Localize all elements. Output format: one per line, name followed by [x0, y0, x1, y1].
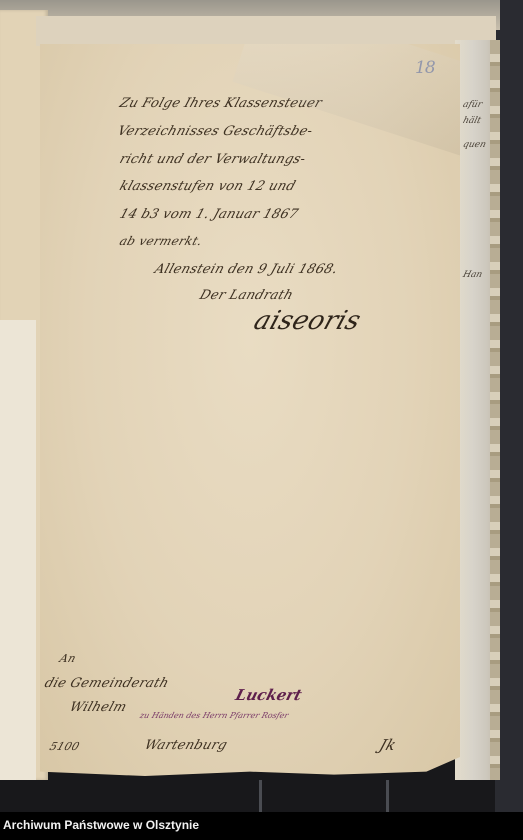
reference-number: 5100	[48, 740, 81, 753]
left-sheet-lower	[0, 320, 36, 780]
name-stamp: Luckert	[234, 686, 304, 704]
scanner-stand-right	[386, 780, 389, 812]
address-line: An	[58, 652, 78, 665]
address-line: Wilhelm	[68, 700, 129, 715]
place-name: Wartenburg	[143, 738, 230, 753]
side-fragment: quen	[462, 140, 487, 150]
side-fragment: Han	[462, 270, 484, 280]
side-fragment: afür	[462, 100, 483, 110]
letter-page: 18 Zu Folge Ihres Klassensteuer Verzeich…	[40, 44, 460, 779]
body-line: Verzeichnisses Geschäftsbe-	[116, 124, 315, 139]
body-line: ab vermerkt.	[118, 234, 205, 248]
date-line: Allenstein den 9 Juli 1868.	[153, 262, 340, 277]
corner-mark: Jk	[377, 736, 399, 754]
torn-sheet-edges	[490, 40, 500, 780]
body-line: klassenstufen von 12 und	[118, 179, 298, 194]
underlying-sheet	[36, 16, 496, 46]
archive-footer: Archiwum Państwowe w Olsztynie	[0, 812, 523, 840]
right-stacked-sheets: afür hält quen Han	[455, 40, 500, 780]
body-line: Zu Folge Ihres Klassensteuer	[118, 96, 324, 111]
side-fragment: hält	[462, 116, 482, 126]
signature: aiseoris	[250, 306, 364, 336]
scanner-stand-left	[259, 780, 262, 812]
archive-name: Archiwum Państwowe w Olsztynie	[3, 818, 199, 832]
body-line: richt und der Verwaltungs-	[118, 152, 308, 167]
body-line: 14 b3 vom 1. Januar 1867	[118, 207, 301, 222]
folio-number: 18	[415, 58, 435, 78]
address-line: die Gemeinderath	[43, 676, 171, 691]
title-line: Der Landrath	[198, 288, 296, 303]
document-scan: afür hält quen Han 18 Zu Folge Ihres Kla…	[0, 0, 523, 812]
stamp-note: zu Händen des Herrn Pfarrer Rosfer	[139, 711, 290, 720]
